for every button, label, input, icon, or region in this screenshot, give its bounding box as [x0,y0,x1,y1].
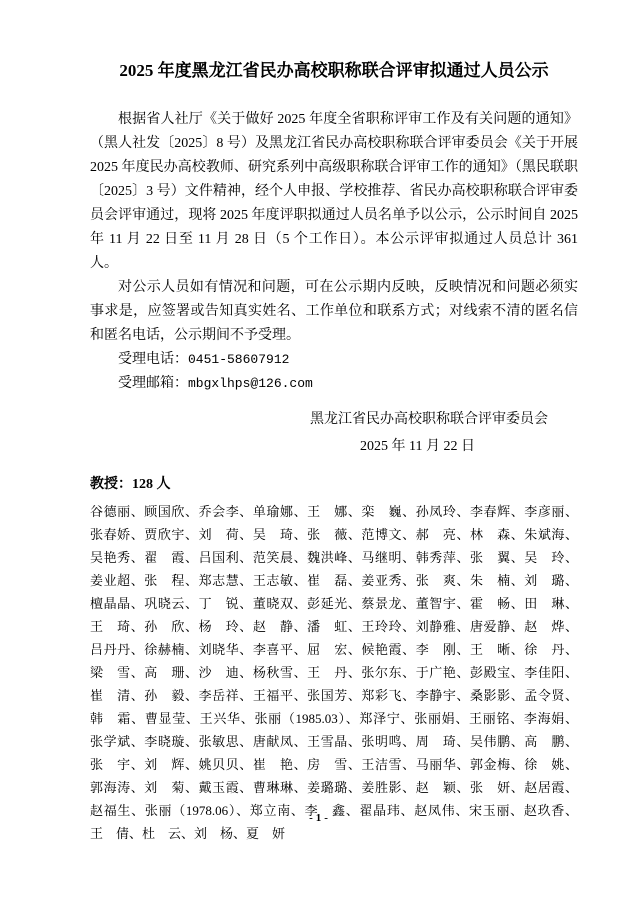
phone-number: 0451-58607912 [188,352,289,367]
name-line: 王 倩、杜 云、刘 杨、夏 妍 [90,822,578,845]
name-line: 姜业超、张 程、郑志慧、王志敏、崔 磊、姜亚秀、张 爽、朱 楠、刘 璐、 [90,569,578,592]
issuer-name: 黑龙江省民办高校职称联合评审委员会 [90,406,578,433]
name-line: 吴艳秀、翟 霞、吕国利、范笑晨、魏洪峰、马继明、韩秀萍、张 翼、吴 玲、 [90,546,578,569]
phone-label: 受理电话： [118,352,188,367]
paragraph-basis: 根据省人社厅《关于做好 2025 年度全省职称评审工作及有关问题的通知》（黑人社… [90,108,578,276]
name-line: 韩 霜、曹显莹、王兴华、张丽（1985.03）、郑泽宁、张丽娟、王丽铭、李海娟、 [90,707,578,730]
name-line: 谷德丽、顾国欣、乔会李、单瑜娜、王 娜、栾 巍、孙凤玲、李春辉、李彦丽、 [90,500,578,523]
name-line: 张学斌、李晓璇、张敏思、唐献凤、王雪晶、张明鸣、周 琦、吴伟鹏、高 鹏、 [90,730,578,753]
name-line: 张 宇、刘 辉、姚贝贝、崔 艳、房 雪、王洁雪、马丽华、郭金梅、徐 姚、 [90,753,578,776]
document-title: 2025 年度黑龙江省民办高校职称联合评审拟通过人员公示 [90,58,578,84]
name-line: 吕丹丹、徐赫楠、刘晓华、李喜平、屈 宏、候艳霞、李 刚、王 晰、徐 丹、 [90,638,578,661]
name-line: 崔 清、孙 毅、李岳祥、王福平、张国芳、郑彩飞、李静宇、桑影影、孟令贤、 [90,684,578,707]
contact-phone-line: 受理电话：0451-58607912 [90,348,578,372]
contact-email-line: 受理邮箱：mbgxlhps@126.com [90,372,578,396]
section-heading-professors: 教授：128 人 [90,472,578,498]
name-line: 梁 雪、高 珊、沙 迪、杨秋雪、王 丹、张尔东、于广艳、彭殿宝、李佳阳、 [90,661,578,684]
email-address: mbgxlhps@126.com [188,376,313,391]
name-line: 王 琦、孙 欣、杨 玲、赵 静、潘 虹、王玲玲、刘静雅、唐爱静、赵 烨、 [90,615,578,638]
email-label: 受理邮箱： [118,376,188,391]
paragraph-feedback-rules: 对公示人员如有情况和问题，可在公示期内反映，反映情况和问题必须实事求是，应签署或… [90,276,578,348]
name-line: 檀晶晶、巩晓云、丁 锐、董晓双、彭延光、蔡景龙、董智宇、霍 畅、田 琳、 [90,592,578,615]
name-line: 张春娇、贾欣宇、刘 荷、吴 琦、张 薇、范博文、郝 亮、林 森、朱斌海、 [90,523,578,546]
professor-name-list: 谷德丽、顾国欣、乔会李、单瑜娜、王 娜、栾 巍、孙凤玲、李春辉、李彦丽、张春娇、… [90,500,578,845]
name-line: 郭海涛、刘 菊、戴玉霞、曹琳琳、姜璐璐、姜胜影、赵 颖、张 妍、赵居霞、 [90,776,578,799]
document-page: 2025 年度黑龙江省民办高校职称联合评审拟通过人员公示 根据省人社厅《关于做好… [0,0,640,905]
issue-date: 2025 年 11 月 22 日 [90,433,578,460]
page-number: -1- [0,812,640,824]
